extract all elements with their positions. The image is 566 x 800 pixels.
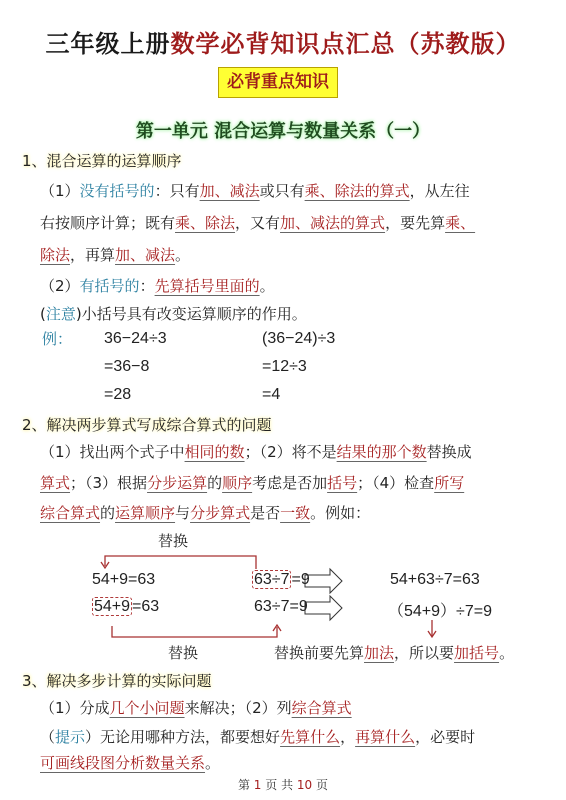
replace-label-bottom: 替换: [168, 637, 198, 669]
text: ，: [340, 728, 355, 746]
total-pages: 10: [297, 778, 312, 792]
s3-para2-line2: 可画线段图分析数量关系。: [40, 747, 220, 779]
text: 替换前要先算: [274, 644, 364, 662]
text: ，必要时: [415, 728, 475, 746]
text: （1）分成: [40, 699, 110, 717]
bracket-note: 替换前要先算加法，所以要加括号。: [274, 637, 514, 669]
text: （: [40, 728, 55, 746]
row1-result-equation: 54+63÷7=63: [390, 571, 480, 589]
text: ，所以要: [394, 644, 454, 662]
row2-result-equation: （54+9）÷7=9: [388, 598, 492, 621]
highlight: 再算什么: [355, 728, 415, 746]
highlight: 几个小问题: [110, 699, 185, 717]
highlight: 可画线段图分析数量关系: [40, 754, 205, 772]
row2-left-equation: 54+9=63: [92, 598, 159, 616]
highlight: 加法: [364, 644, 394, 662]
row1-mid-equation: 63÷7=9: [252, 571, 310, 589]
text: =9: [291, 571, 309, 588]
replaced-expression-box: 54+9: [92, 597, 132, 616]
text: ）: [85, 728, 100, 746]
highlight: 先算什么: [280, 728, 340, 746]
text: 。: [499, 644, 514, 662]
text: 第: [238, 778, 250, 792]
text: 。: [205, 754, 220, 772]
text: =63: [132, 598, 159, 615]
section-heading-3: 3、解决多步计算的实际问题: [22, 670, 212, 691]
row1-left-equation: 54+9=63: [92, 571, 155, 589]
text: 来解决；（2）列: [185, 699, 292, 717]
text: 页 共: [265, 778, 293, 792]
row2-mid-equation: 63÷7=9: [254, 598, 308, 616]
page-indicator: 第 1 页 共 10 页: [0, 776, 566, 793]
text: 页: [316, 778, 328, 792]
replaced-expression-box: 63÷7: [252, 570, 291, 589]
s3-para1: （1）分成几个小问题来解决；（2）列综合算式: [40, 692, 352, 724]
replace-label-top: 替换: [158, 525, 188, 557]
text: 无论用哪种方法，都要想好: [100, 728, 280, 746]
current-page: 1: [254, 778, 262, 792]
highlight: 加括号: [454, 644, 499, 662]
tip-label: 提示: [55, 728, 85, 746]
highlight: 综合算式: [292, 699, 352, 717]
